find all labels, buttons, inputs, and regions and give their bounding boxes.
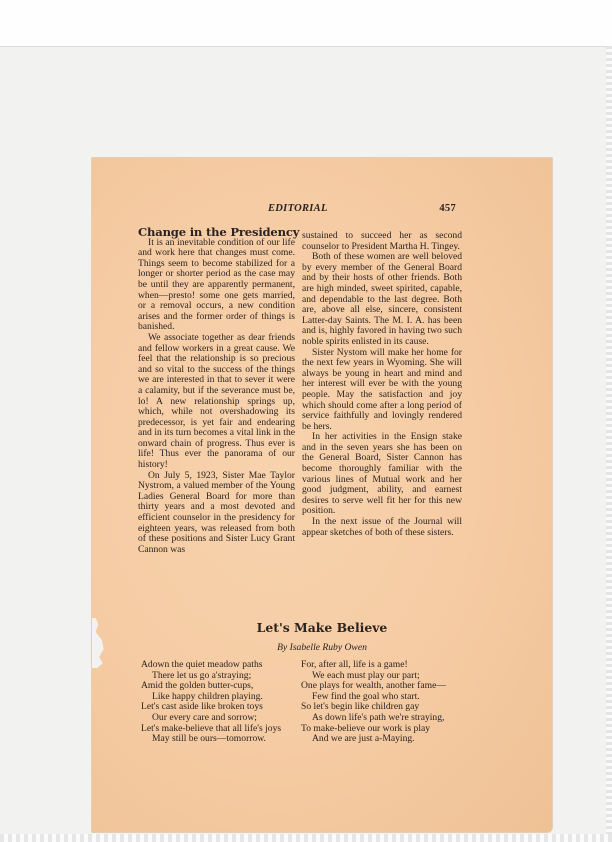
poem-title: Let's Make Believe: [92, 620, 552, 635]
page-number: 457: [439, 203, 456, 214]
magazine-page: EDITORIAL 457 Change in the Presidency I…: [92, 158, 552, 832]
poem-byline: By Isabelle Ruby Owen: [92, 642, 552, 653]
poem-line: As down life's path we're straying,: [301, 713, 471, 724]
poem-line: Our every care and sorrow;: [141, 713, 311, 724]
article-paragraph: In the next issue of the Journal will ap…: [302, 517, 462, 538]
sleeve-perforated-edge: [606, 46, 612, 842]
article-right-column: sustained to succeed her as second couns…: [302, 231, 462, 538]
poem-line: May still be ours—tomorrow.: [141, 734, 311, 745]
scanner-backdrop: [0, 0, 612, 46]
article-paragraph: We associate together as dear friends an…: [138, 333, 295, 471]
poem-stanza-left: Adown the quiet meadow pathsThere let us…: [141, 660, 311, 745]
article-paragraph: Both of these women are well beloved by …: [302, 252, 462, 347]
article-paragraph: It is an inevitable condition of our lif…: [138, 238, 295, 333]
article-paragraph: In her activities in the Ensign stake an…: [302, 432, 462, 517]
poem-line: And we are just a-Maying.: [301, 734, 471, 745]
poem-line: For, after all, life is a game!: [301, 660, 471, 671]
article-paragraph: On July 5, 1923, Sister Mae Taylor Nystr…: [138, 471, 295, 556]
running-head: EDITORIAL 457: [92, 203, 552, 217]
article-paragraph: sustained to succeed her as second couns…: [302, 231, 462, 252]
article-left-column: Change in the Presidency It is an inevit…: [138, 227, 295, 555]
poem-stanza-right: For, after all, life is a game!We each m…: [301, 660, 471, 745]
article-paragraph: Sister Nystom will make her home for the…: [302, 348, 462, 433]
article-title: Change in the Presidency: [138, 227, 295, 238]
sleeve-bottom-edge: [0, 834, 612, 842]
section-title: EDITORIAL: [268, 203, 328, 214]
poem-line: Adown the quiet meadow paths: [141, 660, 311, 671]
